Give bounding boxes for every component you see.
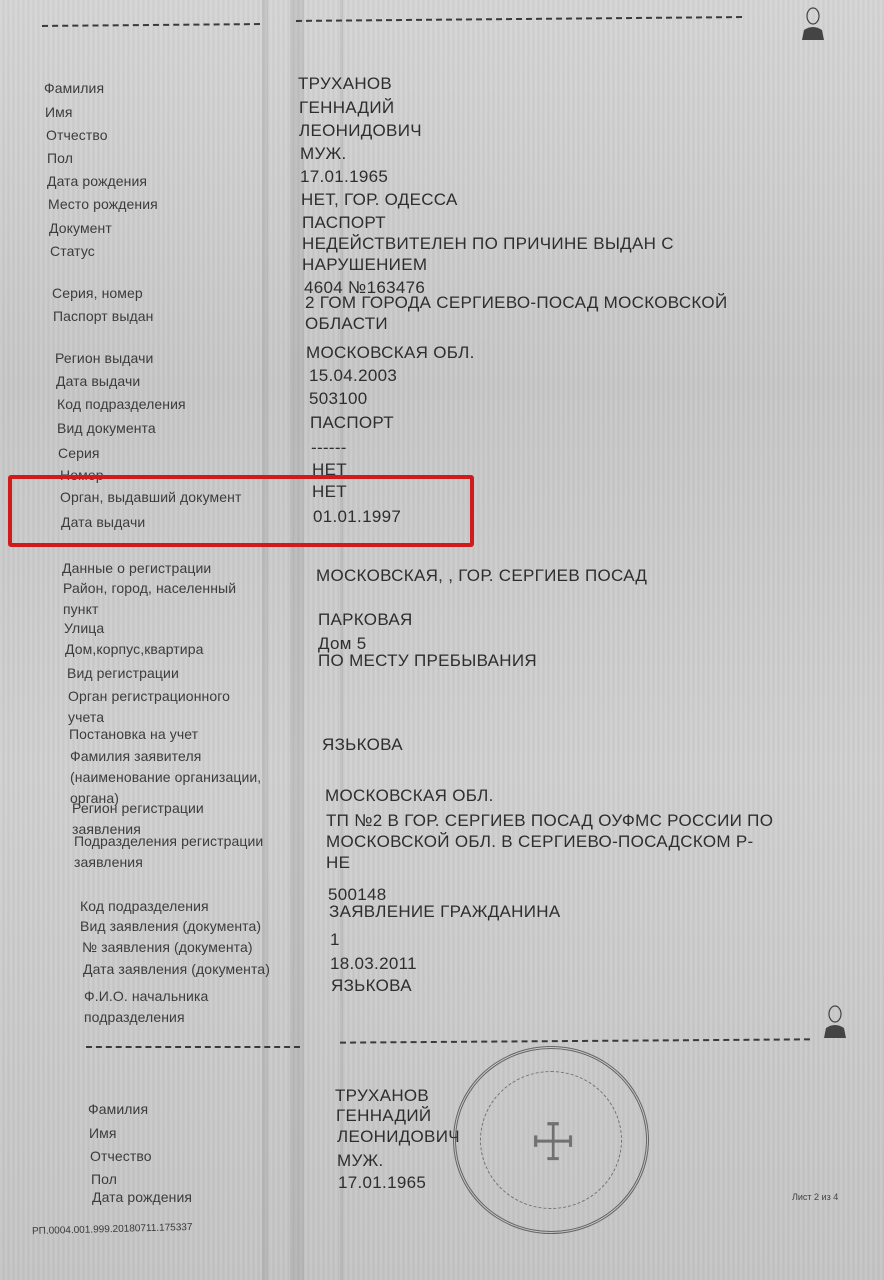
field-value: МУЖ.: [300, 144, 347, 164]
field-value: 2 ГОМ ГОРОДА СЕРГИЕВО-ПОСАД МОСКОВСКОЙ О…: [305, 292, 775, 334]
field-label: Код подразделения: [80, 898, 209, 914]
field-label: Фамилия: [88, 1101, 148, 1117]
separator-line: [296, 16, 742, 22]
field-label: Подразделения регистрации заявления: [74, 831, 294, 873]
field-label: Вид регистрации: [67, 665, 179, 681]
highlight-box: [8, 475, 474, 547]
field-value: МОСКОВСКАЯ ОБЛ.: [306, 343, 475, 363]
field-label: Дата заявления (документа): [83, 961, 270, 977]
field-label: Статус: [50, 243, 95, 259]
field-value: ТРУХАНОВ: [298, 74, 392, 94]
field-label: Вид заявления (документа): [80, 918, 261, 934]
separator-line: [86, 1046, 300, 1048]
field-label: Вид документа: [57, 420, 156, 436]
field-value: НЕТ, ГОР. ОДЕССА: [301, 190, 458, 210]
field-value: ЯЗЬКОВА: [322, 735, 403, 755]
field-value: 18.03.2011: [330, 954, 417, 974]
field-label: Дата рождения: [47, 173, 147, 189]
field-value: ПО МЕСТУ ПРЕБЫВАНИЯ: [318, 651, 537, 671]
field-label: Пол: [47, 150, 73, 166]
field-label: Орган регистрационного учета: [68, 686, 268, 728]
field-value: ЛЕОНИДОВИЧ: [299, 121, 422, 141]
field-value: ЯЗЬКОВА: [331, 976, 412, 996]
field-value: ЛЕОНИДОВИЧ: [337, 1127, 460, 1147]
field-value: ГЕННАДИЙ: [336, 1106, 431, 1126]
separator-line: [340, 1038, 810, 1043]
field-label: Отчество: [90, 1148, 152, 1164]
field-label: Район, город, населенный пункт: [63, 578, 273, 620]
field-value: ПАСПОРТ: [302, 213, 386, 233]
field-label: Место рождения: [48, 196, 158, 212]
field-value: ------: [311, 438, 347, 458]
field-label: Регион выдачи: [55, 350, 153, 366]
field-label: Пол: [91, 1171, 117, 1187]
field-value: ПАРКОВАЯ: [318, 610, 413, 630]
field-value: МОСКОВСКАЯ, , ГОР. СЕРГИЕВ ПОСАД: [316, 566, 647, 586]
field-value: 17.01.1965: [300, 167, 388, 187]
field-value: МОСКОВСКАЯ ОБЛ.: [325, 786, 494, 806]
field-label: Код подразделения: [57, 396, 186, 412]
field-value: МУЖ.: [337, 1151, 384, 1171]
field-value: ГЕННАДИЙ: [299, 98, 394, 118]
field-value: 15.04.2003: [309, 366, 397, 386]
field-label: Отчество: [46, 127, 108, 143]
official-seal-icon: ☩: [453, 1046, 649, 1234]
field-label: Документ: [49, 220, 112, 236]
field-label: Ф.И.О. начальника подразделения: [84, 986, 264, 1028]
field-label: Улица: [64, 620, 104, 636]
person-portrait-icon: [822, 1004, 848, 1038]
field-label: Дата рождения: [92, 1189, 192, 1205]
footer-code: РП.0004.001.999.20180711.175337: [32, 1222, 193, 1237]
field-label: Фамилия: [44, 80, 104, 96]
field-value: ТП №2 В ГОР. СЕРГИЕВ ПОСАД ОУФМС РОССИИ …: [326, 810, 776, 873]
field-value: 1: [330, 930, 340, 950]
field-label: Серия: [58, 445, 100, 461]
field-value: ТРУХАНОВ: [335, 1086, 429, 1106]
field-label: Серия, номер: [52, 285, 143, 301]
person-portrait-icon: [800, 6, 826, 40]
status-value: НЕДЕЙСТВИТЕЛЕН ПО ПРИЧИНЕ ВЫДАН С НАРУШЕ…: [302, 233, 722, 275]
field-label: № заявления (документа): [82, 939, 253, 955]
field-label: Паспорт выдан: [53, 308, 153, 324]
field-label: Дата выдачи: [56, 373, 140, 389]
sheet-number: Лист 2 из 4: [792, 1192, 838, 1202]
field-value: 503100: [309, 389, 368, 409]
field-label: Имя: [45, 104, 73, 120]
scan-streak: [262, 0, 268, 1280]
section-heading: Данные о регистрации: [62, 560, 211, 576]
field-label: Имя: [89, 1125, 117, 1141]
field-label: Постановка на учет: [69, 726, 198, 742]
field-value: ПАСПОРТ: [310, 413, 394, 433]
field-label: Дом,корпус,квартира: [65, 641, 203, 657]
separator-line: [42, 23, 260, 27]
field-value: 17.01.1965: [338, 1173, 426, 1193]
field-value: ЗАЯВЛЕНИЕ ГРАЖДАНИНА: [329, 902, 561, 922]
